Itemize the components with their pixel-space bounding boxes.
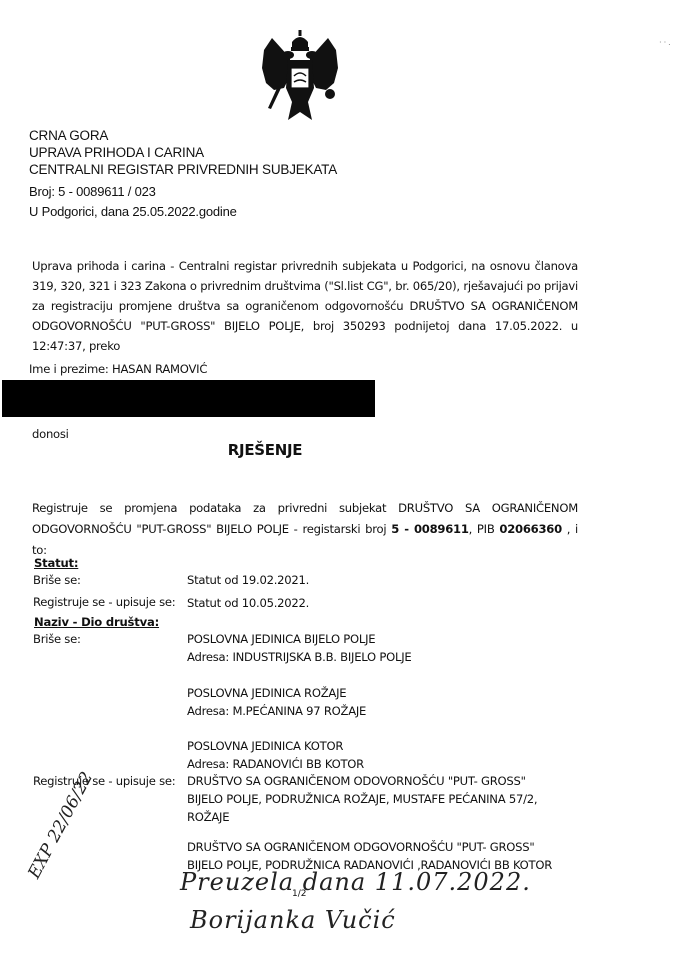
deleted-unit-address: Adresa: INDUSTRIJSKA B.B. BIJELO POLJE (187, 648, 411, 666)
naziv-delete-label: Briše se: (33, 630, 81, 648)
registered-branch-line: DRUŠTVO SA OGRANIČENOM ODGOVORNOŠĆU "PUT… (187, 838, 534, 856)
header-country: CRNA GORA (29, 127, 108, 144)
section-naziv-heading: Naziv - Dio društva: (34, 615, 159, 629)
statut-register-value: Statut od 10.05.2022. (187, 594, 309, 612)
registration-number: 5 - 0089611 (391, 522, 468, 536)
handwritten-signature: Borijanka Vučić (190, 906, 396, 934)
scan-specks: · · . (659, 38, 670, 47)
statut-delete-value: Statut od 19.02.2021. (187, 571, 309, 589)
document-title: RJEŠENJE (0, 441, 530, 459)
body-paragraph: Registruje se promjena podataka za privr… (32, 498, 578, 561)
deleted-unit-name: POSLOVNA JEDINICA BIJELO POLJE (187, 630, 375, 648)
coat-of-arms-icon (258, 28, 342, 128)
statut-register-label: Registruje se - upisuje se: (33, 593, 175, 611)
intro-paragraph: Uprava prihoda i carina - Centralni regi… (32, 256, 578, 356)
applicant-name: Ime i prezime: HASAN RAMOVIĆ (29, 360, 207, 378)
registered-branch-line: ROŽAJE (187, 808, 229, 826)
header-authority: UPRAVA PRIHODA I CARINA (29, 144, 204, 161)
registered-branch-line: BIJELO POLJE, PODRUŽNICA ROŽAJE, MUSTAFE… (187, 790, 537, 808)
registered-branch-line: DRUŠTVO SA OGRANIČENOM ODOVORNOŠĆU "PUT-… (187, 772, 526, 790)
deleted-unit-name: POSLOVNA JEDINICA KOTOR (187, 737, 343, 755)
redaction-bar (2, 380, 375, 417)
deleted-unit-address: Adresa: M.PEĆANINA 97 ROŽAJE (187, 702, 366, 720)
document-number: Broj: 5 - 0089611 / 023 (29, 184, 156, 200)
section-statut-heading: Statut: (34, 556, 78, 570)
page-number: 1/2 (292, 889, 306, 899)
deleted-unit-address: Adresa: RADANOVIĆI BB KOTOR (187, 755, 364, 773)
naziv-register-label: Registruje se - upisuje se: (33, 772, 175, 790)
header-registry: CENTRALNI REGISTAR PRIVREDNIH SUBJEKATA (29, 161, 337, 178)
place-date: U Podgorici, dana 25.05.2022.godine (29, 204, 237, 220)
deleted-unit-name: POSLOVNA JEDINICA ROŽAJE (187, 684, 346, 702)
statut-delete-label: Briše se: (33, 571, 81, 589)
pib-number: 02066360 (499, 522, 562, 536)
handwritten-received-note: Preuzela dana 11.07.2022. (180, 868, 531, 896)
